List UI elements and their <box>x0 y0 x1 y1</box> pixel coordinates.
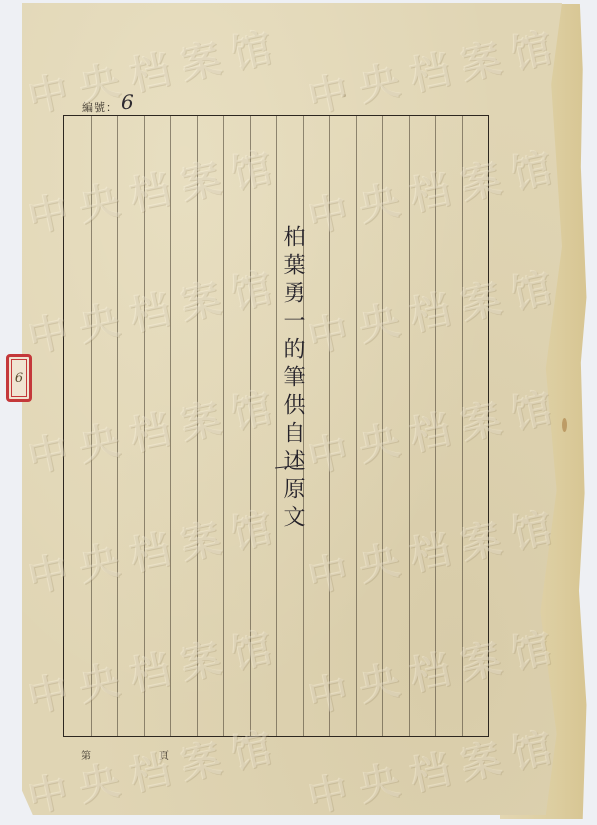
grid-column-line <box>435 116 436 736</box>
paper-stain <box>562 418 567 432</box>
grid-column-line <box>356 116 357 736</box>
handwritten-title: 柏葉勇一的筆供自述原文 <box>268 225 308 533</box>
paper-stain <box>343 94 346 97</box>
grid-column-line <box>409 116 410 736</box>
serial-number-value: 6 <box>121 90 134 114</box>
page-label-prefix: 第 <box>81 747 91 762</box>
grid-column-line <box>462 116 463 736</box>
serial-number-label: 編號： <box>82 99 118 115</box>
grid-column-line <box>329 116 330 736</box>
grid-column-line <box>117 116 118 736</box>
grid-column-line <box>91 116 92 736</box>
grid-column-line <box>382 116 383 736</box>
grid-column-line <box>197 116 198 736</box>
grid-column-line <box>170 116 171 736</box>
grid-column-line <box>223 116 224 736</box>
page-label-suffix: 頁 <box>159 747 169 762</box>
grid-column-line <box>250 116 251 736</box>
grid-column-line <box>144 116 145 736</box>
red-seal-tab: 6 <box>6 354 32 402</box>
seal-number: 6 <box>11 359 27 397</box>
